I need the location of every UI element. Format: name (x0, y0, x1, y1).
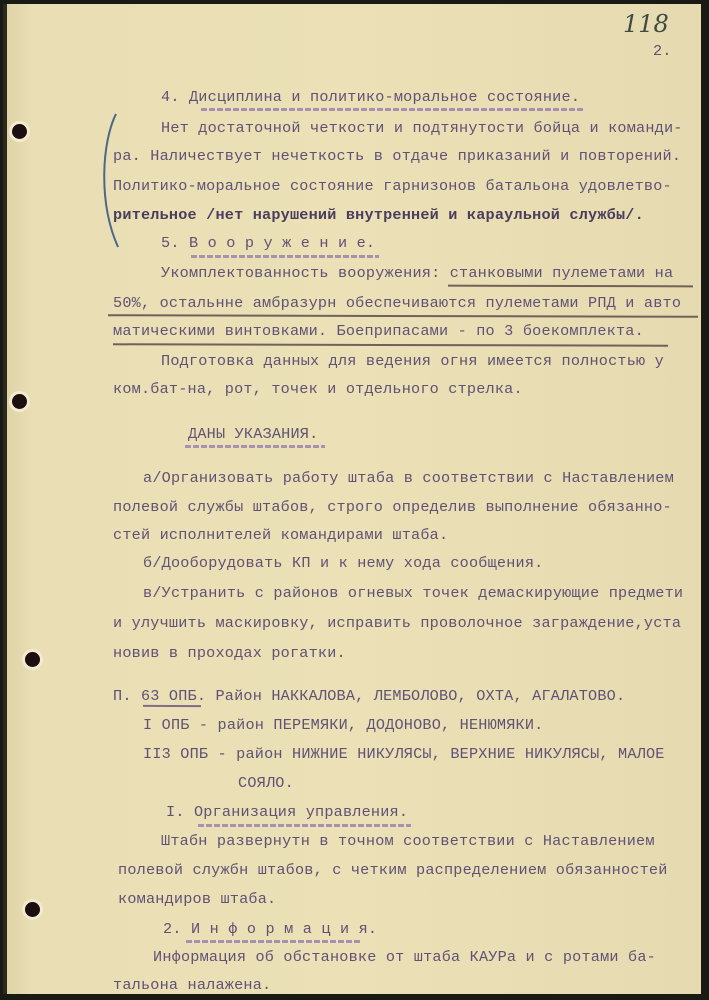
document-page: 118 2. 4. Дисциплина и политико-морально… (3, 4, 701, 994)
pencil-underline (448, 285, 693, 288)
text-line: полевой службн штабов, с четким распреде… (118, 861, 668, 879)
text-line: матическими винтовками. Боеприпасами - п… (113, 322, 644, 340)
text-line: ком.бат-на, рот, точек и отдельного стре… (113, 380, 523, 398)
heading-underline (186, 940, 361, 943)
text-line: тальона налажена. (113, 976, 271, 994)
text-line: полевой службы штабов, строго определив … (113, 498, 672, 516)
punch-hole (25, 652, 40, 667)
text-line: Политико-моральное состояние гарнизонов … (113, 177, 672, 195)
text-line: 50%, остальнне амбразурн обеспечиваются … (113, 294, 681, 312)
text-line: рительное /нет нарушений внутренней и ка… (113, 206, 644, 224)
text-line: Информация об обстановке от штаба КАУРа … (153, 948, 656, 966)
heading-underline (201, 108, 584, 111)
text-line: командиров штаба. (118, 890, 276, 908)
text-line: II3 ОПБ - район НИЖНИЕ НИКУЛЯСЫ, ВЕРХНИЕ… (143, 745, 665, 763)
text-line: а/Организовать работу штаба в соответств… (143, 469, 674, 487)
section-heading: ДАНЫ УКАЗАНИЯ. (188, 425, 318, 443)
punch-hole (12, 124, 27, 139)
pencil-underline (108, 314, 698, 318)
text-line: новив в проходах рогатки. (113, 644, 346, 662)
text-line: стей исполнителей командирами штаба. (113, 526, 448, 544)
page-edge (3, 4, 7, 994)
archive-number-handwritten: 118 (623, 10, 669, 38)
text-line: Нет достаточной четкости и подтянутости … (161, 119, 683, 137)
heading-underline (191, 255, 379, 258)
punch-hole (12, 394, 27, 409)
text-line: I ОПБ - район ПЕРЕМЯКИ, ДОДОНОВО, НЕНЮМЯ… (143, 716, 544, 734)
text-line: Укомплектованность вооружения: станковым… (161, 264, 673, 282)
heading-underline (198, 824, 411, 827)
heading-underline (185, 445, 325, 448)
text-line: Подготовка данных для ведения огня имеет… (161, 352, 664, 370)
text-line: СОЯЛО. (238, 774, 294, 792)
text-line: в/Устранить с районов огневых точек дема… (143, 584, 683, 602)
text-line: б/Дооборудовать КП и к нему хода сообщен… (143, 554, 544, 572)
text-line: Штабн развернутн в точном соответствии с… (161, 832, 655, 850)
section-heading: 4. Дисциплина и политико-моральное состо… (161, 88, 580, 106)
section-heading: П. 63 ОПБ. Район НАККАЛОВА, ЛЕМБОЛОВО, О… (113, 687, 625, 705)
text-line: и улучшить маскировку, исправить проволо… (113, 614, 681, 632)
pencil-underline (113, 343, 668, 346)
pencil-underline (143, 705, 201, 707)
section-heading: 5. В о о р у ж е н и е. (161, 234, 375, 252)
section-heading: I. Организация управления. (166, 803, 408, 821)
text-line: ра. Наличествует нечеткость в отдаче при… (113, 147, 681, 165)
section-heading: 2. И н ф о р м а ц и я. (163, 920, 377, 938)
punch-hole (25, 902, 40, 917)
page-number: 2. (653, 42, 672, 60)
